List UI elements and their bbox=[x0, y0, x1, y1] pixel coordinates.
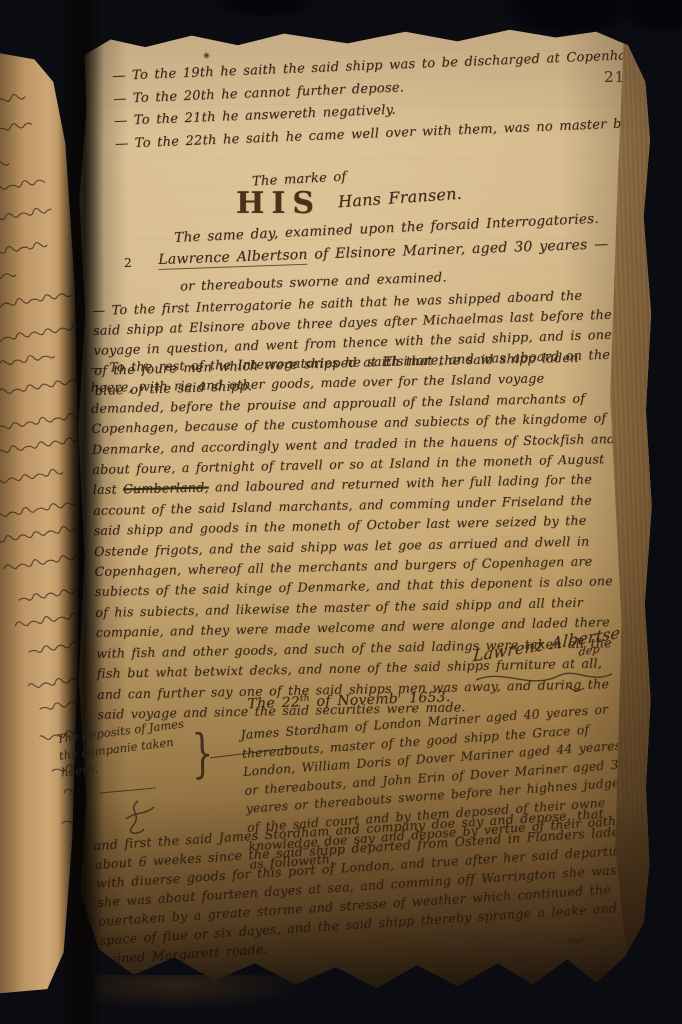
date-month: of Novemb bbox=[310, 691, 399, 710]
left-page bbox=[0, 0, 86, 1024]
signature-flourish bbox=[472, 664, 622, 694]
manuscript-page: 218 — To the 19th he saith the said ship… bbox=[76, 24, 654, 990]
deponent-rest: of Elsinore Mariner, aged 30 yeares — bbox=[307, 236, 608, 262]
ink-spot bbox=[203, 52, 210, 59]
date-year: 1653. bbox=[402, 689, 451, 707]
mark-name: Hans Fransen. bbox=[337, 184, 462, 212]
margin-note-brace: } bbox=[191, 723, 214, 784]
margin-number: 2 bbox=[124, 256, 132, 270]
folio-end-note: end bbox=[568, 935, 584, 945]
background-shape bbox=[618, 0, 682, 36]
interrogatory-answers: — To the 19th he saith the said shipp wa… bbox=[112, 45, 627, 155]
date-sup: th bbox=[300, 693, 310, 703]
his-mark: HIS bbox=[236, 186, 321, 221]
struck-word: Cumberland, bbox=[123, 480, 209, 497]
date-day: The 22 bbox=[247, 694, 300, 712]
deponent-name: Lawrence Albertson bbox=[158, 247, 308, 270]
background-shape bbox=[210, 0, 320, 20]
deponent-line-2: or thereabouts sworne and examined. bbox=[180, 270, 447, 294]
book-block-shadow bbox=[95, 975, 295, 1009]
margin-flourish-mark bbox=[118, 797, 162, 841]
deposition-body: and first the said James Stordham and co… bbox=[93, 802, 636, 968]
photo-background: 218 — To the 19th he saith the said ship… bbox=[0, 0, 682, 1024]
